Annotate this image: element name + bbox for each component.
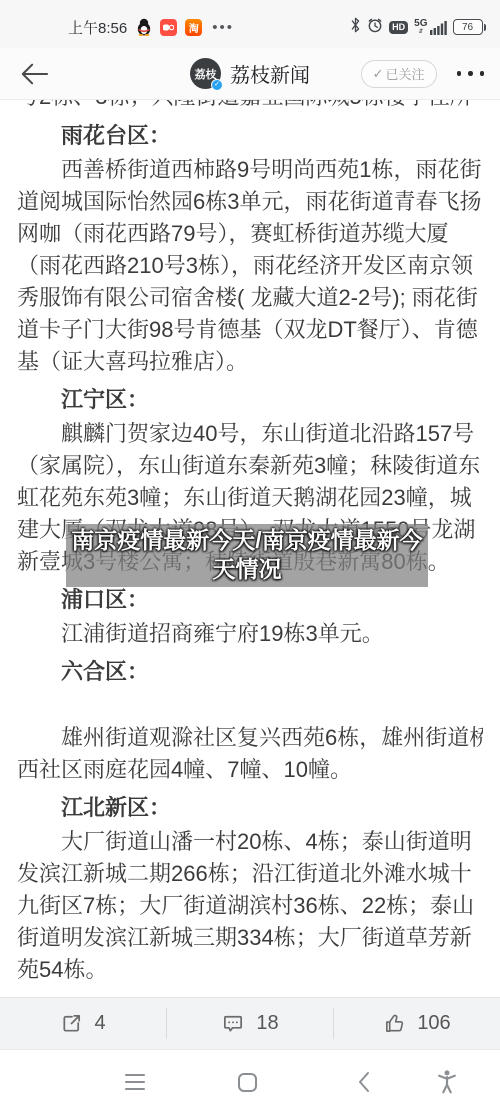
bluetooth-icon <box>350 17 361 38</box>
battery-cap <box>484 24 487 31</box>
share-icon <box>60 1012 83 1035</box>
alarm-icon <box>367 17 383 38</box>
more-options-button[interactable] <box>455 67 487 80</box>
followed-button[interactable]: ✓ 已关注 <box>361 60 437 88</box>
signal-bars-icon <box>430 21 447 35</box>
article-line: 发滨江新城二期266栋；沿江街道北外滩水城十 <box>17 858 483 890</box>
clipped-top-line: 号2栋、3栋；兴隆街道嘉业国际城5栋楼宇住所 <box>17 100 483 114</box>
status-more-icon: ••• <box>212 19 234 36</box>
section-heading: 江北新区： <box>17 792 483 824</box>
section-heading: 雨花台区： <box>17 120 483 152</box>
article-line: 街道明发滨江新城三期334栋；大厂街道草芳新 <box>17 922 483 954</box>
comment-icon <box>221 1012 245 1035</box>
channel-title[interactable]: 荔枝新闻 <box>230 59 310 88</box>
qq-icon <box>135 19 152 36</box>
accessibility-person-icon <box>434 1069 460 1095</box>
comment-button[interactable]: 18 <box>167 998 333 1049</box>
network-type-label: 5G <box>414 19 427 29</box>
article-line: 基（证大喜玛拉雅店）。 <box>17 346 483 378</box>
status-bar: 上午8:56 淘 ••• <box>0 0 500 48</box>
kuaishou-icon <box>160 19 177 36</box>
battery-icon: 76 <box>453 19 487 35</box>
article-line: 道卡子门大街98号肯德基（双龙DT餐厅）、肯德 <box>17 314 483 346</box>
article-line: 秀服饰有限公司宿舍楼( 龙藏大道2-2号); 雨花街 <box>17 282 483 314</box>
article-line: 大厂街道山潘一村20栋、4栋；泰山街道明 <box>17 826 483 858</box>
section-heading: 六合区： <box>17 656 483 688</box>
clock-time: 上午8:56 <box>68 17 127 38</box>
battery-level: 76 <box>453 19 483 35</box>
share-button[interactable]: 4 <box>0 998 166 1049</box>
article-line: 虹花苑东苑3幢；东山街道天鹅湖花园23幢，城 <box>17 482 483 514</box>
article-line: 网咖（雨花西路79号），赛虹桥街道苏缆大厦 <box>17 218 483 250</box>
status-right-cluster: HD 5G ⇵ 76 <box>350 17 486 38</box>
home-button[interactable] <box>230 1065 264 1099</box>
menu-icon <box>125 1074 145 1090</box>
like-button[interactable]: 106 <box>334 998 500 1049</box>
article-line: 雄州街道观滁社区复兴西苑6栋，雄州街道桥 <box>17 722 483 754</box>
article-line: 苑54栋。 <box>17 954 483 986</box>
status-left-cluster: 上午8:56 淘 ••• <box>68 17 234 38</box>
followed-label: 已关注 <box>385 64 424 83</box>
back-button[interactable] <box>14 56 54 92</box>
check-icon: ✓ <box>373 66 384 82</box>
article-line: 西善桥街道西柿路9号明尚西苑1栋，雨花街 <box>17 154 483 186</box>
taobao-icon: 淘 <box>185 19 202 36</box>
chevron-left-icon <box>357 1071 370 1093</box>
article-line: 麒麟门贺家边40号，东山街道北沿路157号 <box>17 418 483 450</box>
article-line: 道阅城国际怡然园6栋3单元，雨花街道青春飞扬 <box>17 186 483 218</box>
article-line: （雨花西路210号3栋），雨花经济开发区南京领 <box>17 250 483 282</box>
section-heading: 浦口区： <box>17 584 483 616</box>
data-arrows-icon: ⇵ <box>418 29 423 35</box>
android-back-button[interactable] <box>346 1065 380 1099</box>
share-count: 4 <box>94 1012 105 1035</box>
accessibility-button[interactable] <box>430 1065 464 1099</box>
article-line: （家属院），东山街道东秦新苑3幢；秣陵街道东 <box>17 450 483 482</box>
recents-menu-button[interactable] <box>118 1065 152 1099</box>
phone-screen: 上午8:56 淘 ••• <box>0 0 500 1111</box>
hd-badge: HD <box>389 21 408 34</box>
android-navigation-bar <box>0 1051 500 1111</box>
watermark-caption-text: 南京疫情最新今天/南京疫情最新今天情况 <box>66 526 428 584</box>
article-line: 江浦街道招商雍宁府19栋3单元。 <box>17 618 483 650</box>
nav-bar: 荔枝 ✓ 荔枝新闻 ✓ 已关注 <box>0 48 500 100</box>
section-heading: 江宁区： <box>17 384 483 416</box>
article-line <box>17 690 483 722</box>
home-icon <box>238 1073 257 1092</box>
signal-5g-icon: 5G ⇵ <box>414 19 446 35</box>
thumbs-up-icon <box>383 1012 406 1035</box>
article-action-bar: 4 18 106 <box>0 997 500 1050</box>
article-line: 九街区7栋；大厂街道湖滨村36栋、22栋；泰山 <box>17 890 483 922</box>
channel-avatar[interactable]: 荔枝 ✓ <box>190 58 221 89</box>
like-count: 106 <box>417 1012 450 1035</box>
watermark-caption: 南京疫情最新今天/南京疫情最新今天情况 <box>66 524 428 587</box>
verified-badge-icon: ✓ <box>211 79 223 91</box>
comment-count: 18 <box>256 1012 278 1035</box>
article-line: 西社区雨庭花园4幢、7幢、10幢。 <box>17 754 483 786</box>
